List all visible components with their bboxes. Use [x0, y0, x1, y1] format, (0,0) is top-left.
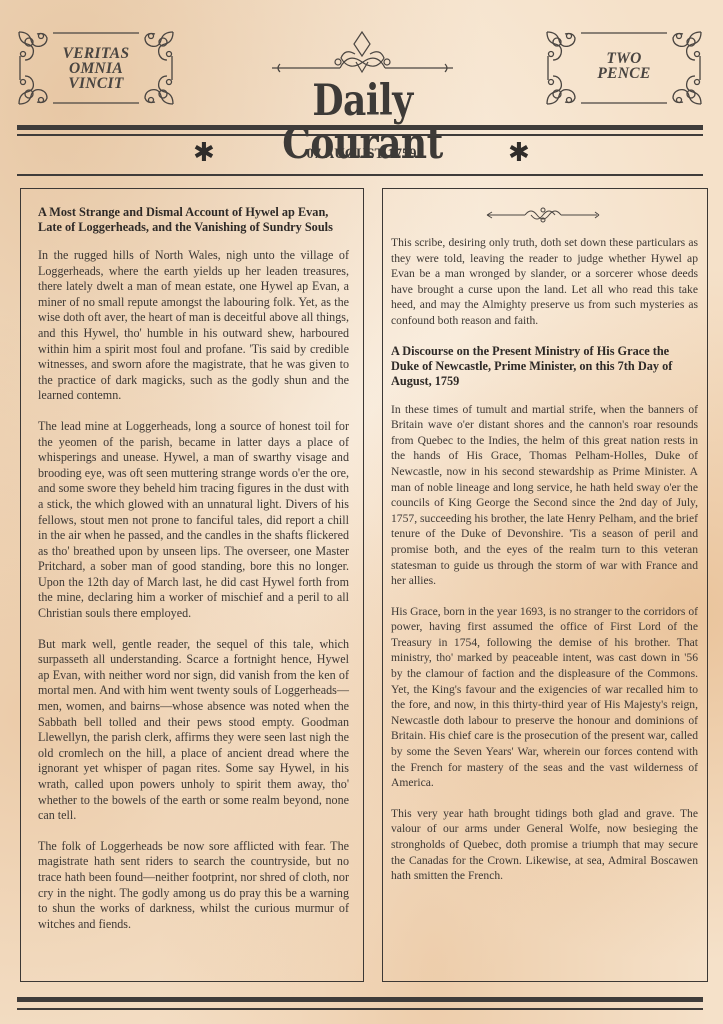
article-paragraph: In the rugged hills of North Wales, nigh…: [38, 248, 349, 404]
article-column-left: A Most Strange and Dismal Account of Hyw…: [20, 188, 364, 982]
motto-box: VERITAS OMNIA VINCIT: [15, 28, 177, 108]
article-paragraph: This very year hath brought tidings both…: [391, 806, 698, 884]
section-divider: [391, 203, 698, 227]
masthead: Daily Courant: [230, 28, 495, 108]
dateline-rule: [17, 174, 703, 176]
dateline: 07 AUGUST 1759: [0, 146, 723, 163]
article-headline: A Discourse on the Present Ministry of H…: [391, 344, 698, 389]
scroll-divider-icon: [483, 205, 603, 225]
article-paragraph: In these times of tumult and martial str…: [391, 402, 698, 589]
article-paragraph: This scribe, desiring only truth, doth s…: [391, 235, 698, 329]
header-rule-thin: [17, 134, 703, 136]
footer-rule-thin: [17, 1008, 703, 1010]
article-headline: A Most Strange and Dismal Account of Hyw…: [38, 205, 349, 235]
article-paragraph: But mark well, gentle reader, the sequel…: [38, 637, 349, 824]
flourish-ornament-icon: [260, 28, 465, 80]
asterisk-ornament-icon: ✱: [508, 140, 530, 166]
price-box: TWO PENCE: [543, 28, 705, 108]
price-line: PENCE: [597, 66, 650, 81]
header-rule-thick: [17, 125, 703, 130]
article-column-right: This scribe, desiring only truth, doth s…: [382, 188, 708, 982]
motto-line: VERITAS: [63, 46, 130, 61]
footer-rule-thick: [17, 997, 703, 1002]
article-paragraph: His Grace, born in the year 1693, is no …: [391, 604, 698, 791]
article-paragraph: The lead mine at Loggerheads, long a sou…: [38, 419, 349, 622]
price-line: TWO: [606, 51, 641, 66]
article-paragraph: The folk of Loggerheads be now sore affl…: [38, 839, 349, 933]
motto-line: OMNIA: [69, 61, 123, 76]
motto-line: VINCIT: [68, 76, 123, 91]
